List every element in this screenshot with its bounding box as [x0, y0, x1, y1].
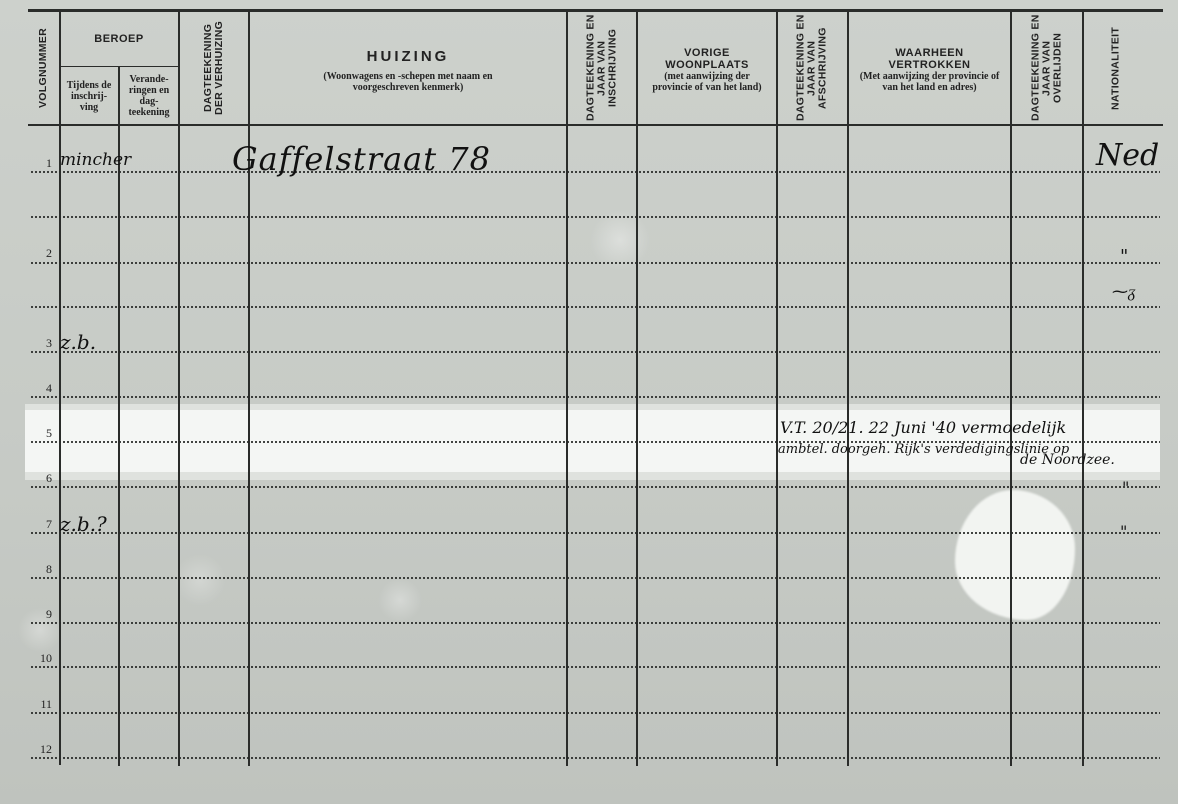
header-dagteekening-verhuizing: DAGTEEKENING DER VERHUIZING: [182, 14, 246, 122]
row-number-3: 3: [28, 336, 52, 351]
header-waarheen-vertrokken: WAARHEEN VERTROKKEN (Met aanwijzing der …: [851, 30, 1008, 110]
header-beroep-title: BEROEP: [94, 33, 143, 45]
row1-beroep: mincher: [60, 150, 131, 170]
header-dagteekening-inschrijving: DAGTEEKENING EN JAAR VAN INSCHRIJVING: [570, 14, 634, 122]
row-line: [30, 532, 1160, 534]
row5-annotation-line3: de Noordzee.: [1020, 452, 1115, 468]
row-line: [30, 306, 1160, 308]
row-line: [30, 666, 1160, 668]
header-dagteekening-afschrijving: DAGTEEKENING EN JAAR VAN AFSCHRIJVING: [780, 14, 844, 122]
row7-nationaliteit: ": [1120, 522, 1127, 541]
row2-nationaliteit: ": [1120, 246, 1128, 267]
header-beroep-tijdens: Tijdens de inschrij- ving: [62, 70, 116, 122]
row1-huizing: Gaffelstraat 78: [232, 140, 491, 178]
col-line: [1082, 10, 1084, 766]
row2-nationaliteit-scribble: ⁓ᵹ: [1112, 282, 1136, 302]
header-beroep-veranderingen: Verande- ringen en dag- teekening: [120, 70, 178, 122]
row-number-7: 7: [28, 517, 52, 532]
row-line: [30, 577, 1160, 579]
header-volgnummer: VOLGNUMMER: [28, 14, 59, 122]
col-line: [776, 10, 778, 766]
row-line: [30, 262, 1160, 264]
row-number-5: 5: [28, 426, 52, 441]
col-line: [566, 10, 568, 766]
col-line: [178, 10, 180, 766]
paper-stain: [955, 490, 1075, 620]
header-huizing: HUIZING (Woonwagens en -schepen met naam…: [252, 30, 564, 110]
row-number-10: 10: [28, 651, 52, 666]
row6-nationaliteit: ": [1122, 478, 1129, 497]
header-vorige-woonplaats-title: VORIGE WOONPLAATS: [662, 47, 752, 71]
row-line: [30, 486, 1160, 488]
row-number-12: 12: [28, 742, 52, 757]
row-number-4: 4: [28, 381, 52, 396]
header-bottom-rule: [28, 124, 1163, 126]
header-waarheen-subtitle: (Met aanwijzing der provincie of van het…: [860, 71, 1000, 93]
col-line: [1010, 10, 1012, 766]
header-waarheen-title: WAARHEEN VERTROKKEN: [880, 47, 980, 71]
header-beroep: BEROEP: [60, 14, 178, 64]
row-number-6: 6: [28, 471, 52, 486]
row-line: [30, 757, 1160, 759]
row-line: [30, 396, 1160, 398]
col-line: [847, 10, 849, 766]
row-line: [30, 171, 1160, 173]
header-vorige-woonplaats: VORIGE WOONPLAATS (met aanwijzing der pr…: [640, 30, 774, 110]
row-line: [30, 351, 1160, 353]
scan-band-edge-bottom: [25, 472, 1160, 480]
header-vorige-woonplaats-subtitle: (met aanwijzing der provincie of van het…: [652, 71, 762, 93]
row5-annotation-line1: V.T. 20/21. 22 Juni '40 vermoedelijk: [780, 418, 1066, 437]
col-line: [636, 10, 638, 766]
row3-beroep: z.b.: [60, 330, 96, 354]
row-line: [30, 216, 1160, 218]
col-line: [59, 10, 61, 765]
row-number-2: 2: [28, 246, 52, 261]
header-huizing-title: HUIZING: [367, 48, 450, 65]
row-number-11: 11: [28, 697, 52, 712]
row-number-1: 1: [28, 156, 52, 171]
row-line: [30, 622, 1160, 624]
row7-beroep: z.b.?: [60, 512, 107, 536]
row-number-8: 8: [28, 562, 52, 577]
header-dagteekening-overlijden: DAGTEEKENING EN JAAR VAN OVERLIJDEN: [1014, 14, 1080, 122]
row1-nationaliteit: Ned: [1096, 138, 1159, 173]
col-line: [248, 10, 250, 766]
register-page: VOLGNUMMER BEROEP Tijdens de inschrij- v…: [0, 0, 1178, 804]
header-huizing-subtitle: (Woonwagens en -schepen met naam en voor…: [298, 71, 518, 93]
header-beroep-sub1: Tijdens de inschrij- ving: [62, 80, 116, 113]
header-nationaliteit: NATIONALITEIT: [1086, 14, 1146, 122]
row-number-9: 9: [28, 607, 52, 622]
header-top-rule: [28, 9, 1163, 12]
header-beroep-sub2: Verande- ringen en dag- teekening: [120, 74, 178, 118]
row-line: [30, 712, 1160, 714]
